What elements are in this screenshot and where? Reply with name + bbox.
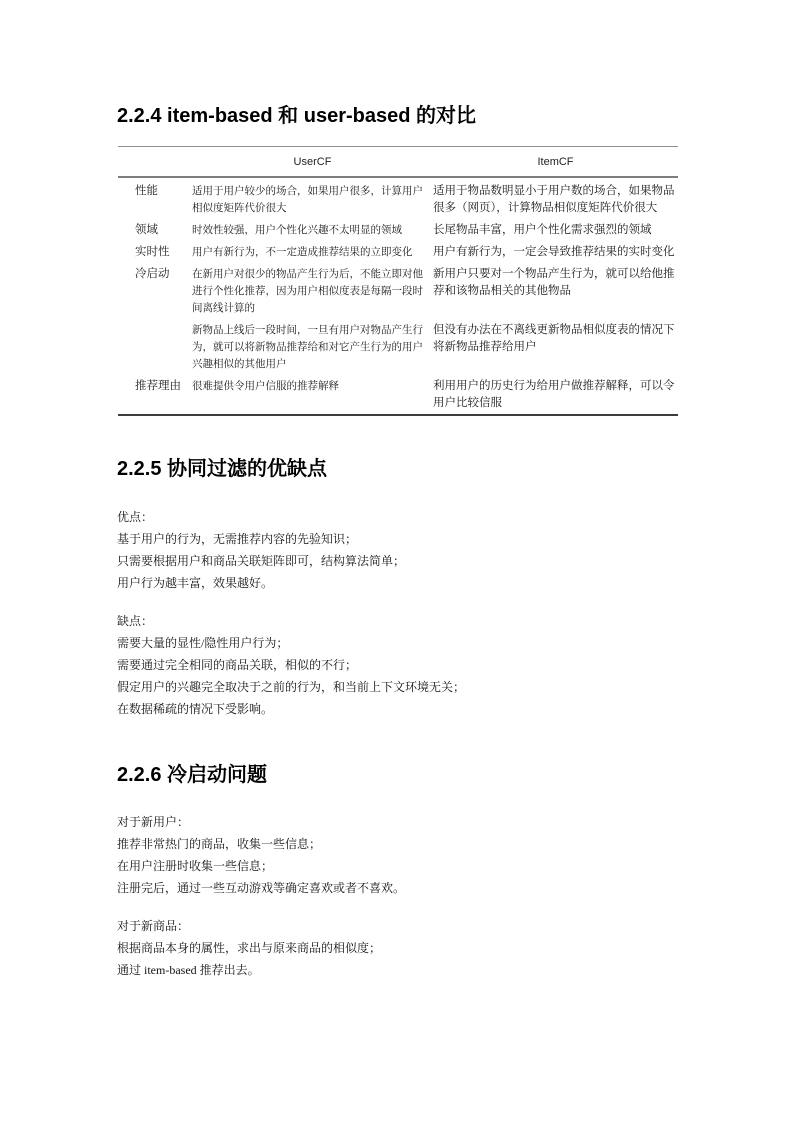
- cons-line: 在数据稀疏的情况下受影响。: [117, 698, 677, 720]
- new-users-line: 注册完后，通过一些互动游戏等确定喜欢或者不喜欢。: [117, 877, 677, 899]
- itemcf-cell: 用户有新行为，一定会导致推荐结果的实时变化: [433, 241, 678, 263]
- usercf-cell: 很难提供令用户信服的推荐解释: [192, 375, 433, 415]
- itemcf-cell: 长尾物品丰富，用户个性化需求强烈的领域: [433, 219, 678, 241]
- usercf-cell: 用户有新行为，不一定造成推荐结果的立即变化: [192, 241, 433, 263]
- row-label: 冷启动: [118, 263, 192, 319]
- table-header-itemcf: ItemCF: [433, 147, 678, 178]
- cons-title-line: 缺点：: [117, 610, 677, 632]
- pros-line: 用户行为越丰富，效果越好。: [117, 572, 677, 594]
- itemcf-cell: 适用于物品数明显小于用户数的场合，如果物品很多（网页），计算物品相似度矩阵代价很…: [433, 177, 678, 219]
- row-label: 性能: [118, 177, 192, 219]
- cons-line: 需要通过完全相同的商品关联，相似的不行；: [117, 654, 677, 676]
- table-header-empty: [118, 147, 192, 178]
- usercf-cell: 在新用户对很少的物品产生行为后，不能立即对他进行个性化推荐，因为用户相似度表是每…: [192, 263, 433, 319]
- new-items-title-line: 对于新商品：: [117, 915, 677, 937]
- section-heading-226: 2.2.6 冷启动问题: [117, 762, 267, 788]
- usercf-cell: 时效性较强，用户个性化兴趣不太明显的领域: [192, 219, 433, 241]
- section-heading-225: 2.2.5 协同过滤的优缺点: [117, 456, 327, 482]
- document-page: 2.2.4 item-based 和 user-based 的对比 UserCF…: [0, 0, 793, 1122]
- itemcf-cell: 利用用户的历史行为给用户做推荐解释，可以令用户比较信服: [433, 375, 678, 415]
- row-label: 推荐理由: [118, 375, 192, 415]
- paragraph-spacer: [117, 594, 677, 610]
- cons-line: 假定用户的兴趣完全取决于之前的行为，和当前上下文环境无关；: [117, 676, 677, 698]
- pros-title-line: 优点：: [117, 506, 677, 528]
- usercf-itemcf-comparison-table: UserCF ItemCF 性能 适用于用户较少的场合，如果用户很多，计算用户相…: [118, 146, 678, 416]
- pros-line: 只需要根据用户和商品关联矩阵即可，结构算法简单；: [117, 550, 677, 572]
- new-users-title-line: 对于新用户：: [117, 811, 677, 833]
- table-row: 领域 时效性较强，用户个性化兴趣不太明显的领域 长尾物品丰富，用户个性化需求强烈…: [118, 219, 678, 241]
- new-users-line: 在用户注册时收集一些信息；: [117, 855, 677, 877]
- pros-line: 基于用户的行为，无需推荐内容的先验知识；: [117, 528, 677, 550]
- paragraph-spacer: [117, 899, 677, 915]
- cons-line: 需要大量的显性/隐性用户行为；: [117, 632, 677, 654]
- table-row: 推荐理由 很难提供令用户信服的推荐解释 利用用户的历史行为给用户做推荐解释，可以…: [118, 375, 678, 415]
- new-users-line: 推荐非常热门的商品，收集一些信息；: [117, 833, 677, 855]
- comparison-table: UserCF ItemCF 性能 适用于用户较少的场合，如果用户很多，计算用户相…: [118, 146, 678, 416]
- pros-cons-block: 优点： 基于用户的行为，无需推荐内容的先验知识； 只需要根据用户和商品关联矩阵即…: [117, 506, 677, 720]
- usercf-cell: 适用于用户较少的场合，如果用户很多，计算用户相似度矩阵代价很大: [192, 177, 433, 219]
- row-label: 领域: [118, 219, 192, 241]
- table-row: 冷启动 在新用户对很少的物品产生行为后，不能立即对他进行个性化推荐，因为用户相似…: [118, 263, 678, 319]
- table-row: 实时性 用户有新行为，不一定造成推荐结果的立即变化 用户有新行为，一定会导致推荐…: [118, 241, 678, 263]
- table-header-usercf: UserCF: [192, 147, 433, 178]
- row-label: [118, 319, 192, 375]
- table-row: 新物品上线后一段时间，一旦有用户对物品产生行为，就可以将新物品推荐给和对它产生行…: [118, 319, 678, 375]
- section-heading-224: 2.2.4 item-based 和 user-based 的对比: [117, 103, 476, 129]
- table-row: 性能 适用于用户较少的场合，如果用户很多，计算用户相似度矩阵代价很大 适用于物品…: [118, 177, 678, 219]
- row-label: 实时性: [118, 241, 192, 263]
- new-items-line: 根据商品本身的属性，求出与原来商品的相似度；: [117, 937, 677, 959]
- table-header-row: UserCF ItemCF: [118, 147, 678, 178]
- new-items-line: 通过 item-based 推荐出去。: [117, 959, 677, 981]
- usercf-cell: 新物品上线后一段时间，一旦有用户对物品产生行为，就可以将新物品推荐给和对它产生行…: [192, 319, 433, 375]
- itemcf-cell: 新用户只要对一个物品产生行为，就可以给他推荐和该物品相关的其他物品: [433, 263, 678, 319]
- itemcf-cell: 但没有办法在不离线更新物品相似度表的情况下将新物品推荐给用户: [433, 319, 678, 375]
- cold-start-block: 对于新用户： 推荐非常热门的商品，收集一些信息； 在用户注册时收集一些信息； 注…: [117, 811, 677, 981]
